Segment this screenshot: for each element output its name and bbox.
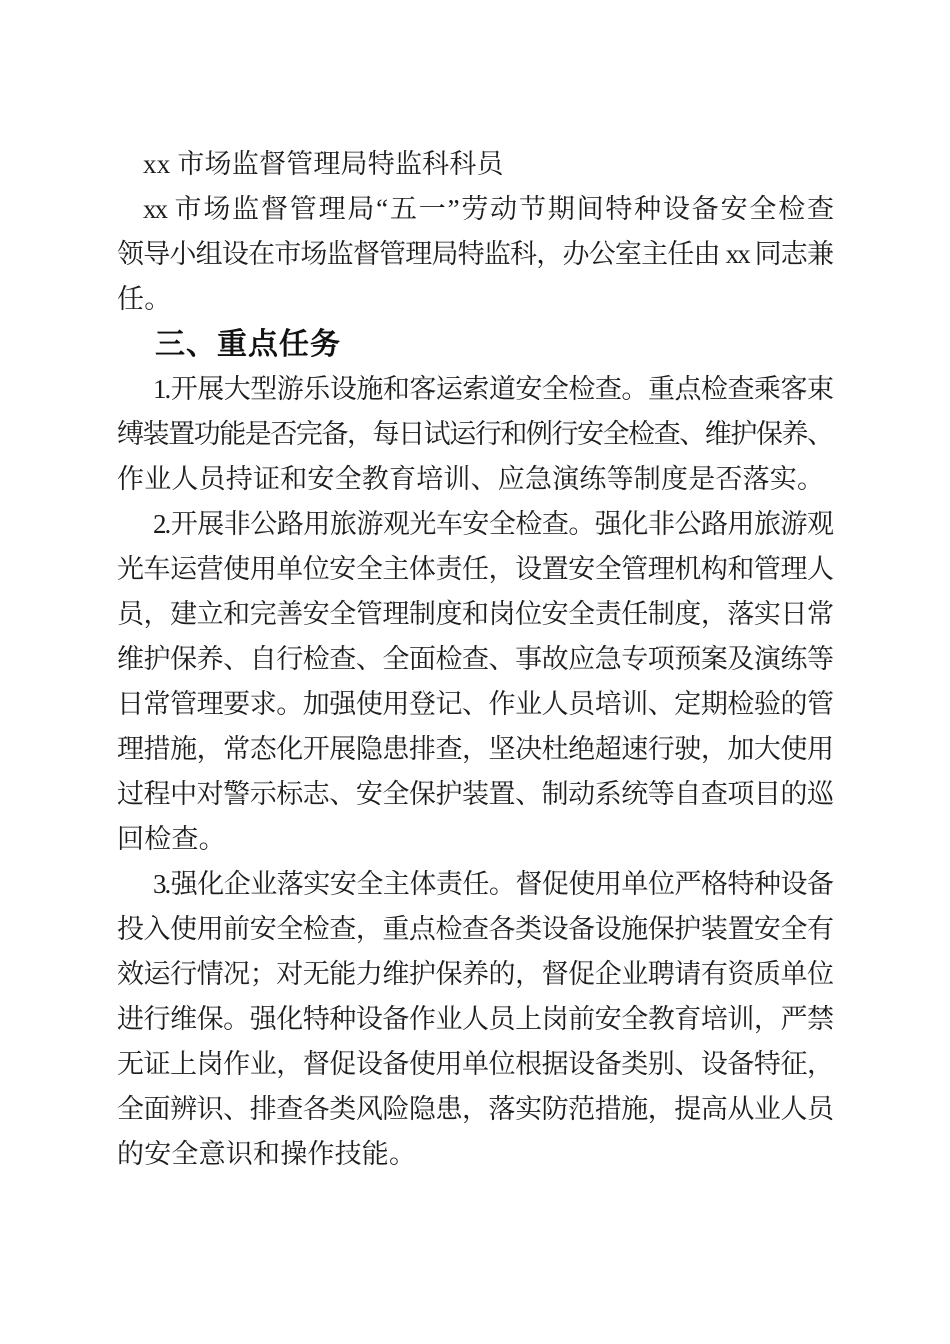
text-line: 任。 <box>117 277 832 322</box>
text-line: 进行维保。强化特种设备作业人员上岗前安全教育培训，严禁 <box>117 997 832 1042</box>
text-line: 理措施，常态化开展隐患排查，坚决杜绝超速行驶，加大使用 <box>117 727 832 772</box>
paragraph: 3.强化企业落实安全主体责任。督促使用单位严格特种设备 投入使用前安全检查，重点… <box>117 862 832 1177</box>
paragraph: 2.开展非公路用旅游观光车安全检查。强化非公路用旅游观 光车运营使用单位安全主体… <box>117 502 832 862</box>
text-line: 回检查。 <box>117 817 832 862</box>
document-body: xx 市场监督管理局特监科科员 xx 市场监督管理局“五一”劳动节期间特种设备安… <box>117 142 832 1177</box>
text-line: 全面辨识、排查各类风险隐患，落实防范措施，提高从业人员 <box>117 1087 832 1132</box>
text-line: 2.开展非公路用旅游观光车安全检查。强化非公路用旅游观 <box>117 502 832 547</box>
text-line: 投入使用前安全检查，重点检查各类设备设施保护装置安全有 <box>117 907 832 952</box>
text-line: 光车运营使用单位安全主体责任，设置安全管理机构和管理人 <box>117 547 832 592</box>
text-line: 领导小组设在市场监督管理局特监科，办公室主任由 xx 同志兼 <box>117 232 832 277</box>
text-line: 缚装置功能是否完备，每日试运行和例行安全检查、维护保养、 <box>117 412 832 457</box>
text-line: 维护保养、自行检查、全面检查、事故应急专项预案及演练等 <box>117 637 832 682</box>
text-line: 过程中对警示标志、安全保护装置、制动系统等自查项目的巡 <box>117 772 832 817</box>
text-line: 作业人员持证和安全教育培训、应急演练等制度是否落实。 <box>117 457 832 502</box>
section-heading: 三、重点任务 <box>117 322 832 367</box>
text-line: 的安全意识和操作技能。 <box>117 1132 832 1177</box>
paragraph: 1.开展大型游乐设施和客运索道安全检查。重点检查乘客束 缚装置功能是否完备，每日… <box>117 367 832 502</box>
document-page: xx 市场监督管理局特监科科员 xx 市场监督管理局“五一”劳动节期间特种设备安… <box>0 0 950 1344</box>
text-line: xx 市场监督管理局特监科科员 <box>117 142 832 187</box>
text-line: 效运行情况；对无能力维护保养的，督促企业聘请有资质单位 <box>117 952 832 997</box>
text-line: 1.开展大型游乐设施和客运索道安全检查。重点检查乘客束 <box>117 367 832 412</box>
paragraph: xx 市场监督管理局特监科科员 <box>117 142 832 187</box>
paragraph: xx 市场监督管理局“五一”劳动节期间特种设备安全检查 领导小组设在市场监督管理… <box>117 187 832 322</box>
text-line: 无证上岗作业，督促设备使用单位根据设备类别、设备特征， <box>117 1042 832 1087</box>
text-line: 员，建立和完善安全管理制度和岗位安全责任制度，落实日常 <box>117 592 832 637</box>
text-line: 3.强化企业落实安全主体责任。督促使用单位严格特种设备 <box>117 862 832 907</box>
text-line: xx 市场监督管理局“五一”劳动节期间特种设备安全检查 <box>117 187 832 232</box>
text-line: 日常管理要求。加强使用登记、作业人员培训、定期检验的管 <box>117 682 832 727</box>
